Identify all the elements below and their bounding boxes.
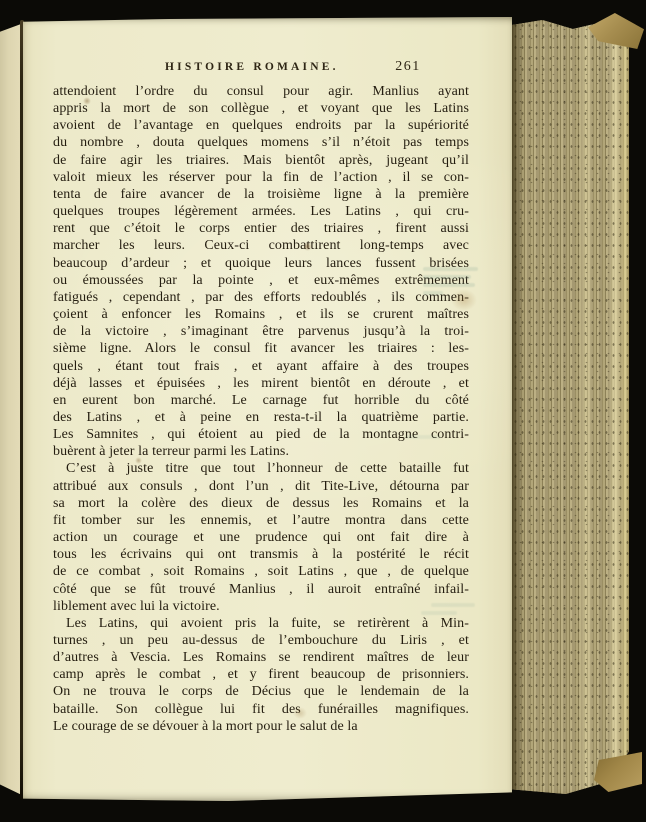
text-line: tenta de faire avancer de la troisième l…	[53, 186, 469, 203]
text-line: d’autres à Vescia. Les Romains se rendir…	[53, 649, 469, 666]
text-line: quels , étant tout frais , et ayant affa…	[53, 358, 469, 375]
text-line: du nombre , douta quelques momens s’il n…	[53, 134, 469, 151]
text-line: rent que c’étoit le corps entier des tri…	[53, 220, 469, 237]
text-line: de faire agir les triaires. Mais bientôt…	[53, 152, 469, 169]
ink-showthrough-mark	[423, 263, 485, 299]
book-page: HISTOIRE ROMAINE. 261 attendoient l’ordr…	[23, 17, 512, 801]
text-line: liblement avec lui la victoire.	[53, 598, 469, 615]
page-number: 261	[385, 59, 431, 75]
text-line: marcher les leurs. Ceux-ci combattirent …	[53, 237, 469, 254]
text-line: de la victoire , s’imaginant être parven…	[53, 323, 469, 340]
text-line: On ne trouva le corps de Décius que le l…	[53, 683, 469, 700]
text-line: beaucoup d’ardeur ; et quoique leurs lan…	[53, 255, 469, 272]
page-content: HISTOIRE ROMAINE. 261 attendoient l’ordr…	[23, 17, 512, 801]
text-line: appris la mort de son collègue , et voya…	[53, 100, 469, 117]
text-line: ou émoussées par la pointe , et eux-même…	[53, 272, 469, 289]
text-line: tous les écrivains qui ont transmis à la…	[53, 546, 469, 563]
text-line: attribué aux consuls , dont l’un , dit T…	[53, 478, 469, 495]
ink-showthrough-mark	[405, 431, 445, 443]
text-line: de ce combat , soit Romains , soit Latin…	[53, 563, 469, 580]
text-line: valoit mieux les réserver pour la fin de…	[53, 169, 469, 186]
text-line: Le courage de se dévouer à la mort pour …	[53, 718, 469, 735]
text-line: fatigués , cependant , par des efforts r…	[53, 289, 469, 306]
text-line: turnes , un peu au-dessus de l’embouchur…	[53, 632, 469, 649]
book-fore-edge-pages	[512, 20, 629, 794]
text-line: des Latins , et à peine en resta-t-il la…	[53, 409, 469, 426]
book-scan-scene: HISTOIRE ROMAINE. 261 attendoient l’ordr…	[0, 0, 646, 822]
text-line: buèrent à jeter la terreur parmi les Lat…	[53, 443, 469, 460]
text-line: fit tomber sur les ennemis, et l’autre m…	[53, 512, 469, 529]
text-line: attendoient l’ordre du consul pour agir.…	[53, 83, 469, 100]
text-line: en eurent bon marché. Le carnage fut hor…	[53, 392, 469, 409]
ink-showthrough-mark	[421, 599, 477, 619]
text-line: Les Latins, qui avoient pris la fuite, s…	[53, 615, 469, 632]
text-line: action un courage et une prudence qui on…	[53, 529, 469, 546]
text-line: C’est à juste titre que tout l’honneur d…	[53, 460, 469, 477]
text-line: sième ligne. Alors le consul fit avancer…	[53, 340, 469, 357]
running-title: HISTOIRE ROMAINE.	[165, 61, 335, 73]
text-line: sa mort la colère des dieux de dessus le…	[53, 495, 469, 512]
text-block: attendoient l’ordre du consul pour agir.…	[53, 83, 469, 735]
text-line: côté que se fût trouvé Manlius , il auro…	[53, 581, 469, 598]
text-line: quelques troupes légèrement armées. Les …	[53, 203, 469, 220]
facing-page-edge	[0, 24, 21, 800]
text-line: çoient à enfoncer les Romains , et ils s…	[53, 306, 469, 323]
text-line: bataille. Son collègue lui fit des funér…	[53, 701, 469, 718]
text-line: camp après le combat , et y firent beauc…	[53, 666, 469, 683]
text-line: déjà lasses et épuisées , les mirent bie…	[53, 375, 469, 392]
text-line: avoient de l’avantage en quelques endroi…	[53, 117, 469, 134]
